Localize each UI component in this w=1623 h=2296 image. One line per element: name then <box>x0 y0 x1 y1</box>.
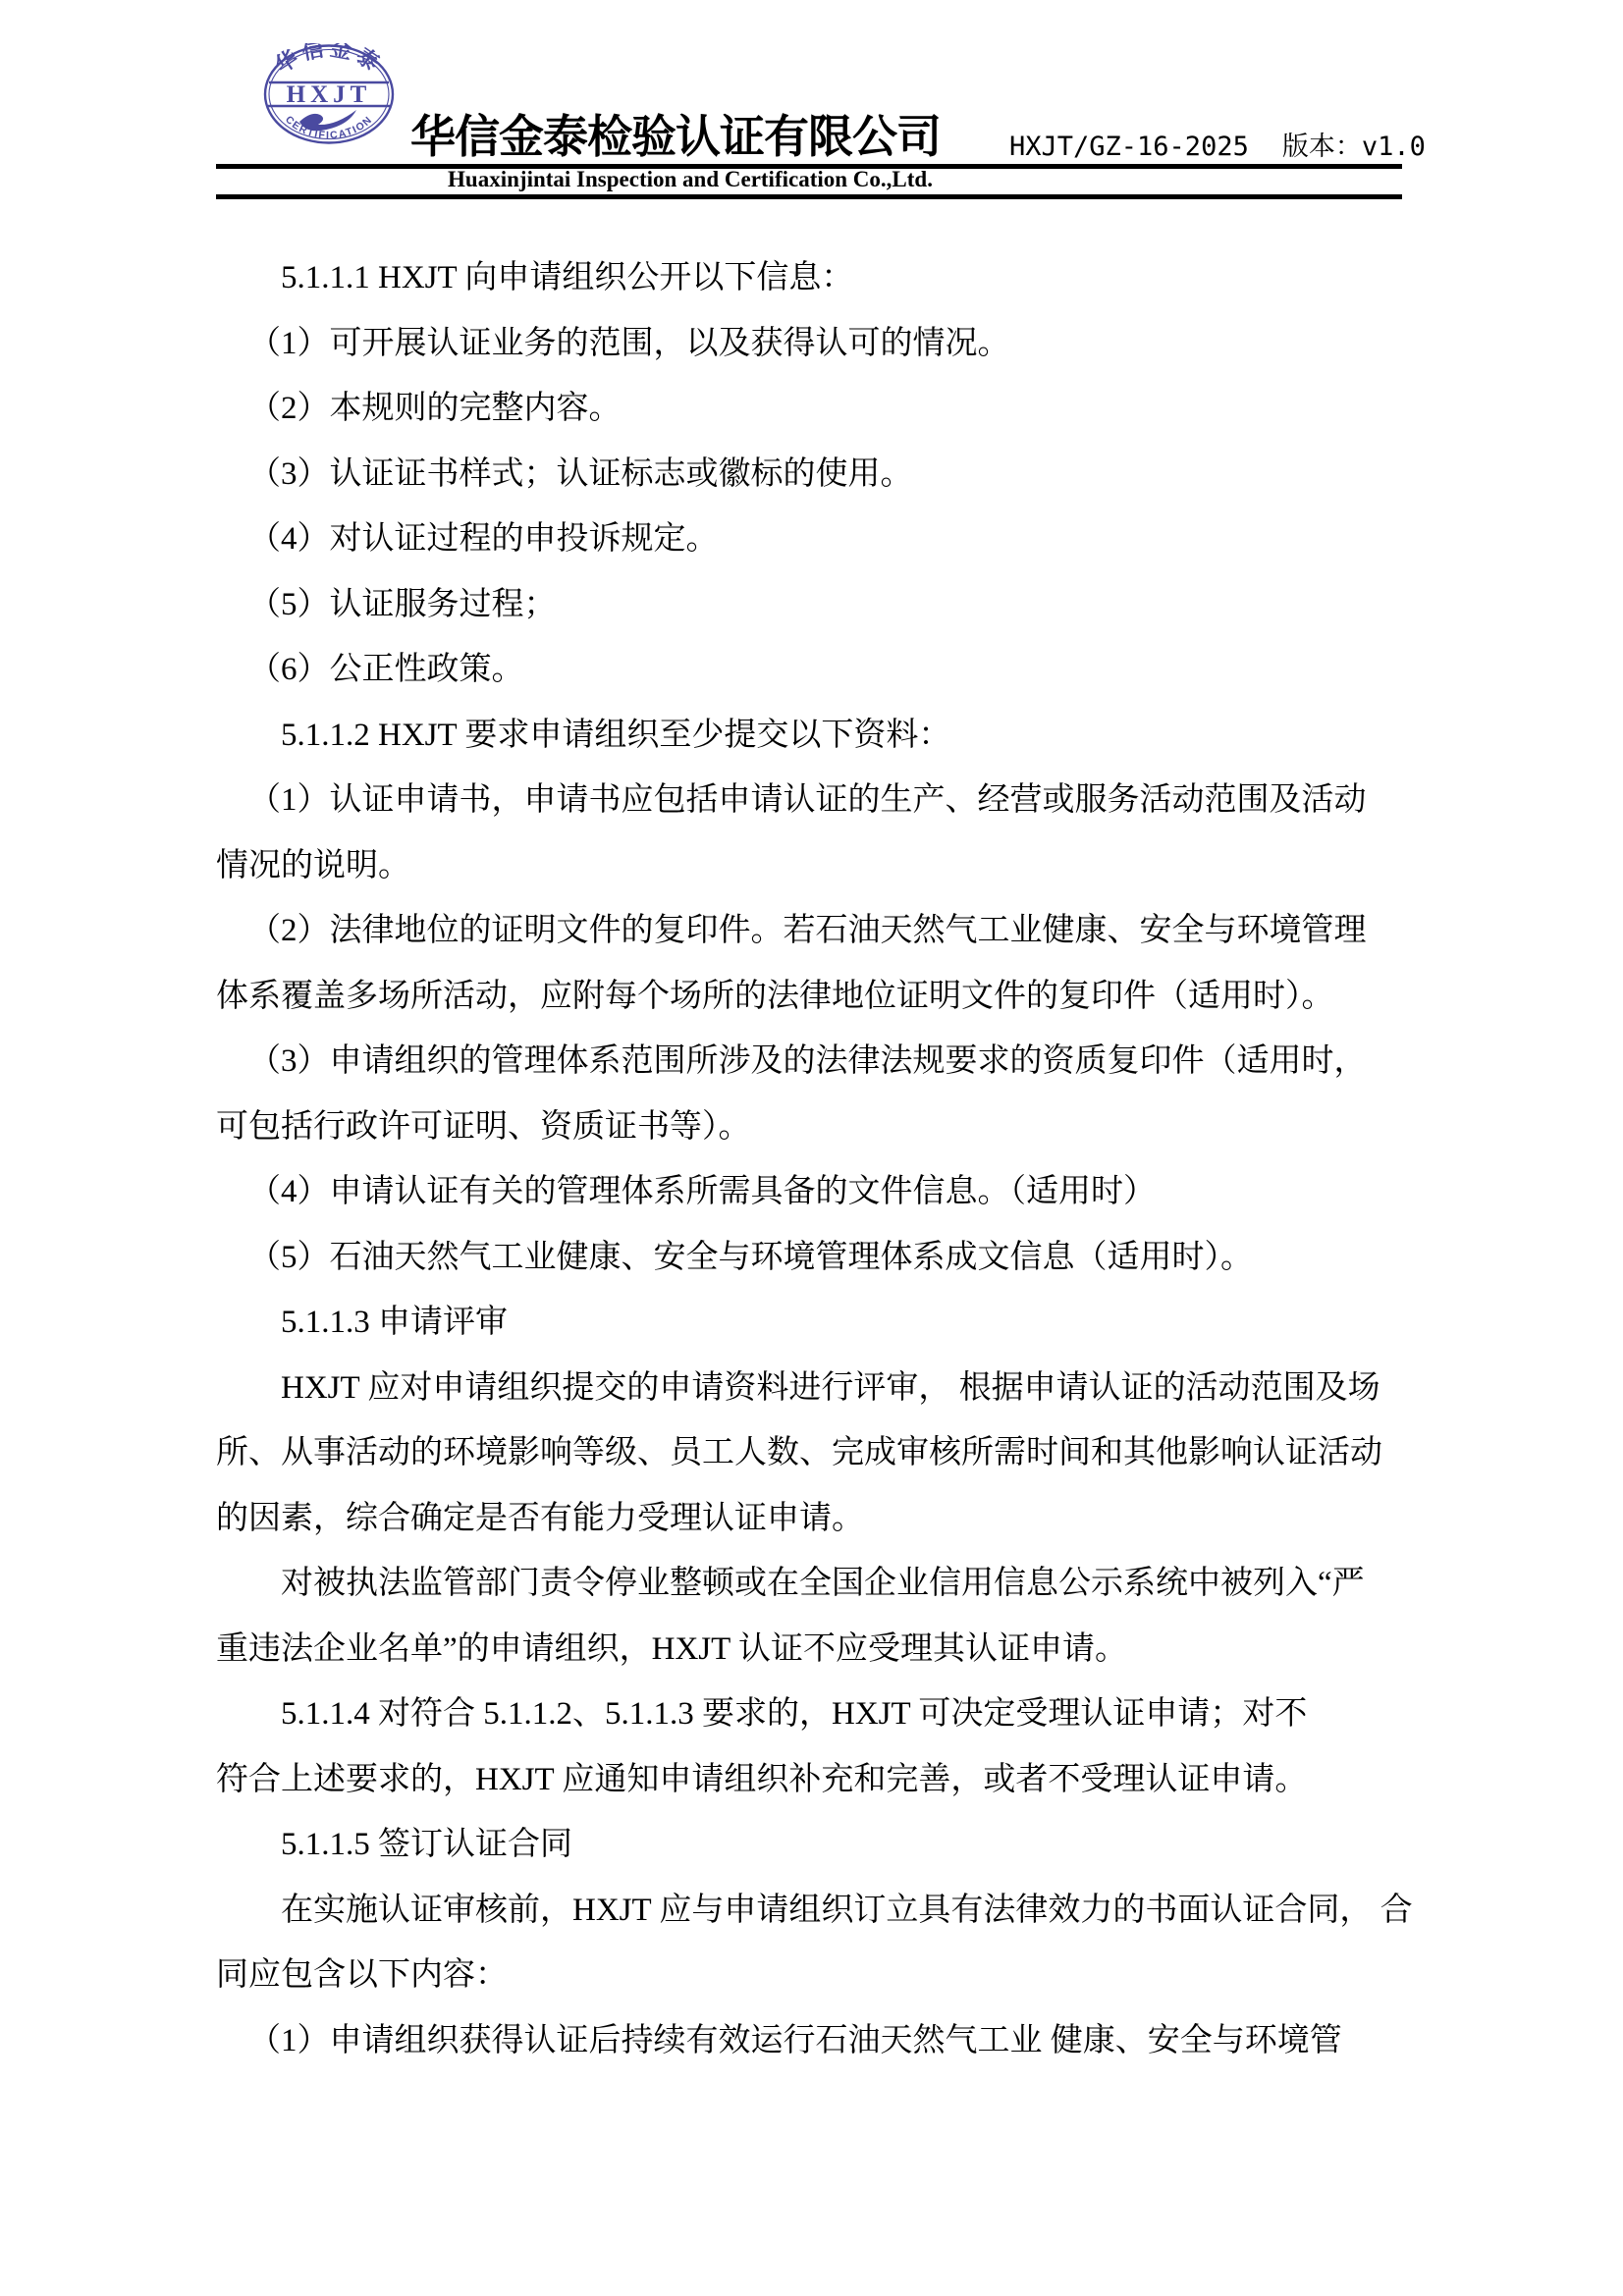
text-line: （2）法律地位的证明文件的复印件。若石油天然气工业健康、安全与环境管理 <box>216 898 1483 964</box>
text-line: 5.1.1.4 对符合 5.1.1.2、5.1.1.3 要求的，HXJT 可决定… <box>216 1682 1483 1747</box>
text-line: 所、从事活动的环境影响等级、员工人数、完成审核所需时间和其他影响认证活动 <box>216 1420 1483 1486</box>
text-line: 体系覆盖多场所活动，应附每个场所的法律地位证明文件的复印件（适用时）。 <box>216 964 1483 1030</box>
text-line: （5）石油天然气工业健康、安全与环境管理体系成文信息（适用时）。 <box>216 1225 1483 1291</box>
text-line: 在实施认证审核前，HXJT 应与申请组织订立具有法律效力的书面认证合同， 合 <box>216 1878 1483 1944</box>
text-line: 重违法企业名单”的申请组织，HXJT 认证不应受理其认证申请。 <box>216 1617 1483 1682</box>
document-page: 华信金泰 HXJT CERTIFICATION 华信金泰检验认证有限公司 HXJ… <box>0 0 1623 2296</box>
logo-top-arc-text: 华信金泰 <box>271 43 387 78</box>
document-number: HXJT/GZ-16-2025 <box>1009 132 1249 162</box>
text-line: 情况的说明。 <box>216 833 1483 899</box>
text-line: 5.1.1.3 申请评审 <box>216 1290 1483 1356</box>
logo-center-text: HXJT <box>287 81 372 108</box>
company-name-en: Huaxinjintai Inspection and Certificatio… <box>448 167 933 192</box>
text-line: 同应包含以下内容： <box>216 1943 1483 2008</box>
version-label: 版本：v1.0 <box>1282 132 1426 162</box>
text-line: 5.1.1.5 签订认证合同 <box>216 1812 1483 1878</box>
text-line: （1）认证申请书，申请书应包括申请认证的生产、经营或服务活动范围及活动 <box>216 768 1483 833</box>
text-line: 可包括行政许可证明、资质证书等）。 <box>216 1095 1483 1160</box>
text-line: （4）申请认证有关的管理体系所需具备的文件信息。（适用时） <box>216 1159 1483 1225</box>
company-seal-logo: 华信金泰 HXJT CERTIFICATION <box>262 43 396 145</box>
text-line: HXJT 应对申请组织提交的申请资料进行评审， 根据申请认证的活动范围及场 <box>216 1356 1483 1421</box>
header-rule-bottom <box>216 194 1402 199</box>
text-line: （4）对认证过程的申投诉规定。 <box>216 507 1483 572</box>
text-line: 对被执法监管部门责令停业整顿或在全国企业信用信息公示系统中被列入“严 <box>216 1551 1483 1617</box>
text-line: （3）认证证书样式；认证标志或徽标的使用。 <box>216 442 1483 507</box>
text-line: （1）可开展认证业务的范围，以及获得认可的情况。 <box>216 311 1483 377</box>
company-name-cn: 华信金泰检验认证有限公司 <box>410 101 941 166</box>
text-line: （3）申请组织的管理体系范围所涉及的法律法规要求的资质复印件（适用时， <box>216 1029 1483 1095</box>
text-line: （1）申请组织获得认证后持续有效运行石油天然气工业 健康、安全与环境管 <box>216 2008 1483 2074</box>
text-line: 的因素，综合确定是否有能力受理认证申请。 <box>216 1486 1483 1552</box>
text-line: （5）认证服务过程； <box>216 572 1483 638</box>
text-line: 5.1.1.2 HXJT 要求申请组织至少提交以下资料： <box>216 703 1483 769</box>
text-line: 符合上述要求的，HXJT 应通知申请组织补充和完善，或者不受理认证申请。 <box>216 1747 1483 1813</box>
document-meta: HXJT/GZ-16-2025版本：v1.0 <box>1009 125 1426 163</box>
text-line: （6）公正性政策。 <box>216 637 1483 703</box>
text-line: （2）本规则的完整内容。 <box>216 376 1483 442</box>
body-text: 5.1.1.1 HXJT 向申请组织公开以下信息：（1）可开展认证业务的范围，以… <box>216 245 1483 2073</box>
text-line: 5.1.1.1 HXJT 向申请组织公开以下信息： <box>216 245 1483 311</box>
